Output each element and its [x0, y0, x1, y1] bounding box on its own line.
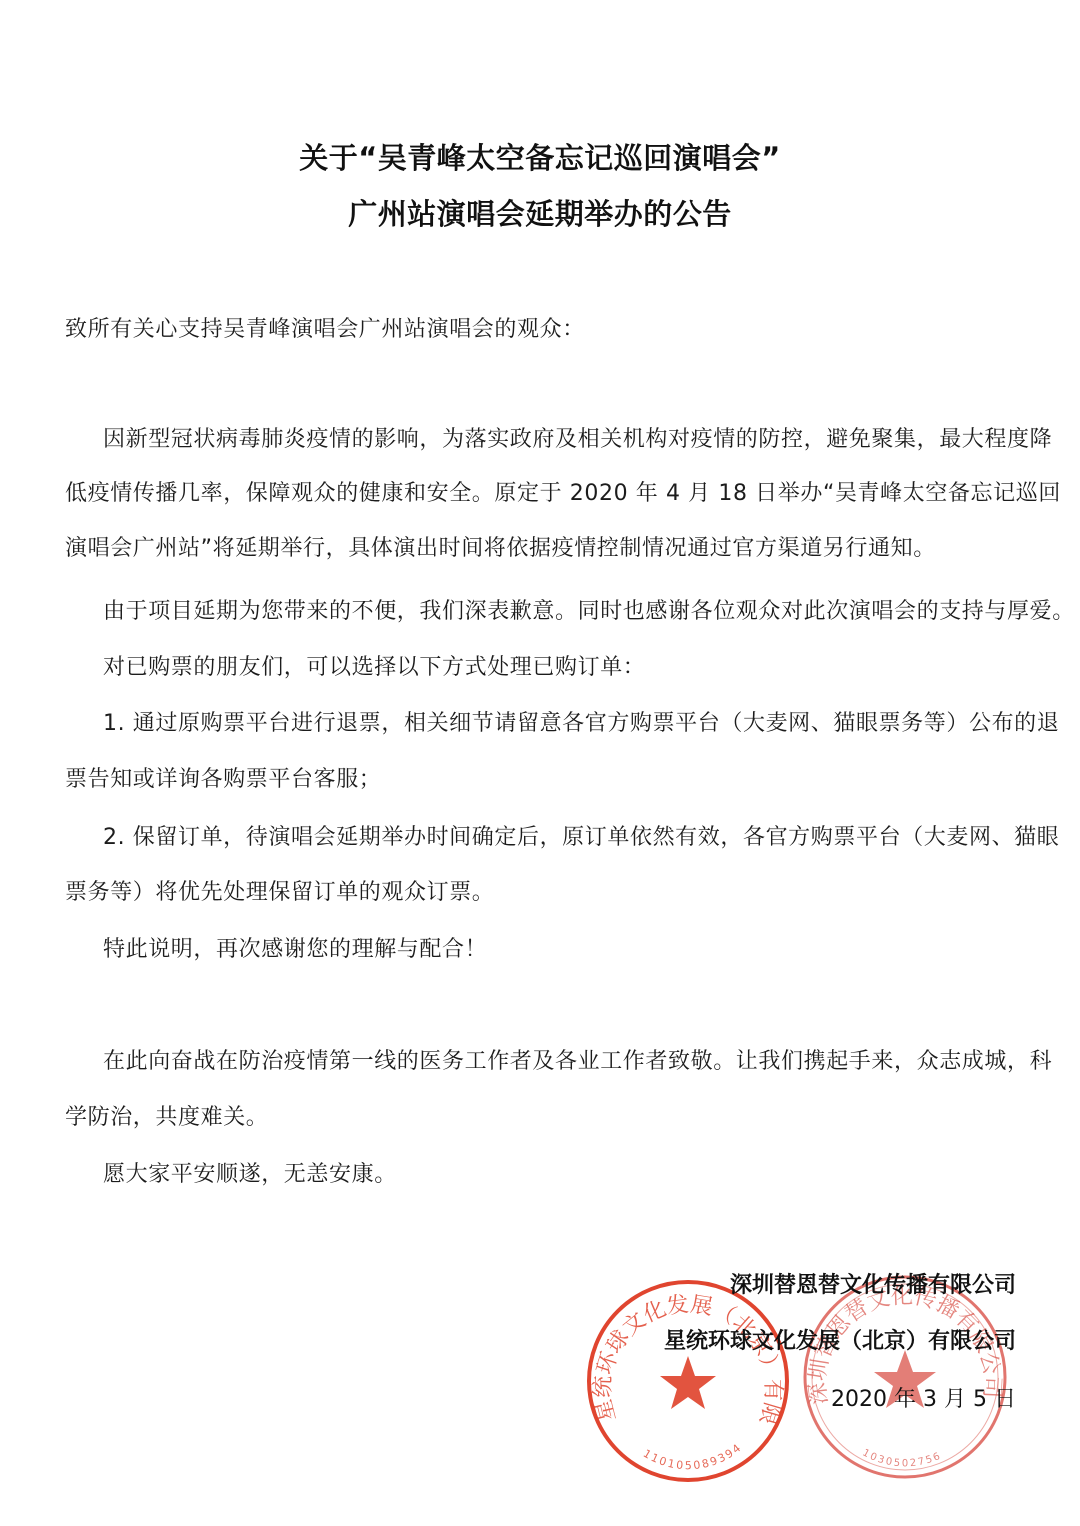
paragraph-line: 票务等）将优先处理保留订单的观众订票。	[65, 875, 494, 906]
notice-title-line1: 关于“吴青峰太空备忘记巡回演唱会”	[0, 136, 1080, 177]
paragraph-wishes: 愿大家平安顺遂，无恙安康。	[103, 1157, 397, 1188]
salutation: 致所有关心支持吴青峰演唱会广州站演唱会的观众：	[65, 312, 585, 343]
paragraph-line: 因新型冠状病毒肺炎疫情的影响，为落实政府及相关机构对疫情的防控，避免聚集，最大程…	[103, 422, 1052, 453]
signature-date: 2020 年 3 月 5 日	[831, 1382, 1016, 1413]
paragraph-line: 学防治，共度难关。	[65, 1100, 268, 1131]
paragraph-ticket-options-intro: 对已购票的朋友们，可以选择以下方式处理已购订单：	[103, 650, 645, 681]
company-seal-icon: 星统环球文化发展（北京）有限公司 1101050893942	[585, 1278, 791, 1484]
signature-company-shenzhen: 深圳替恩替文化传播有限公司	[730, 1268, 1016, 1299]
paragraph-line: 票告知或详询各购票平台客服；	[65, 762, 381, 793]
stamp-xingtong: 星统环球文化发展（北京）有限公司 1101050893942	[585, 1278, 791, 1484]
paragraph-apology: 由于项目延期为您带来的不便，我们深表歉意。同时也感谢各位观众对此次演唱会的支持与…	[103, 594, 1075, 625]
paragraph-line: 2. 保留订单，待演唱会延期举办时间确定后，原订单依然有效，各官方购票平台（大麦…	[103, 820, 1059, 851]
paragraph-thanks: 特此说明，再次感谢您的理解与配合！	[103, 932, 487, 963]
paragraph-line: 演唱会广州站”将延期举行，具体演出时间将依据疫情控制情况通过官方渠道另行通知。	[65, 531, 936, 562]
paragraph-line: 低疫情传播几率，保障观众的健康和安全。原定于 2020 年 4 月 18 日举办…	[65, 476, 1061, 507]
signature-company-xingtong: 星统环球文化发展（北京）有限公司	[664, 1324, 1016, 1355]
star-icon	[660, 1356, 716, 1409]
stamp-shenzhen: 深圳替恩替文化传播有限公司 1030502756	[800, 1272, 1010, 1482]
company-seal-icon: 深圳替恩替文化传播有限公司 1030502756	[800, 1272, 1010, 1482]
paragraph-line: 1. 通过原购票平台进行退票，相关细节请留意各官方购票平台（大麦网、猫眼票务等）…	[103, 706, 1059, 737]
notice-title-line2: 广州站演唱会延期举办的公告	[0, 192, 1080, 233]
paragraph-line: 在此向奋战在防治疫情第一线的医务工作者及各业工作者致敬。让我们携起手来，众志成城…	[103, 1044, 1052, 1075]
